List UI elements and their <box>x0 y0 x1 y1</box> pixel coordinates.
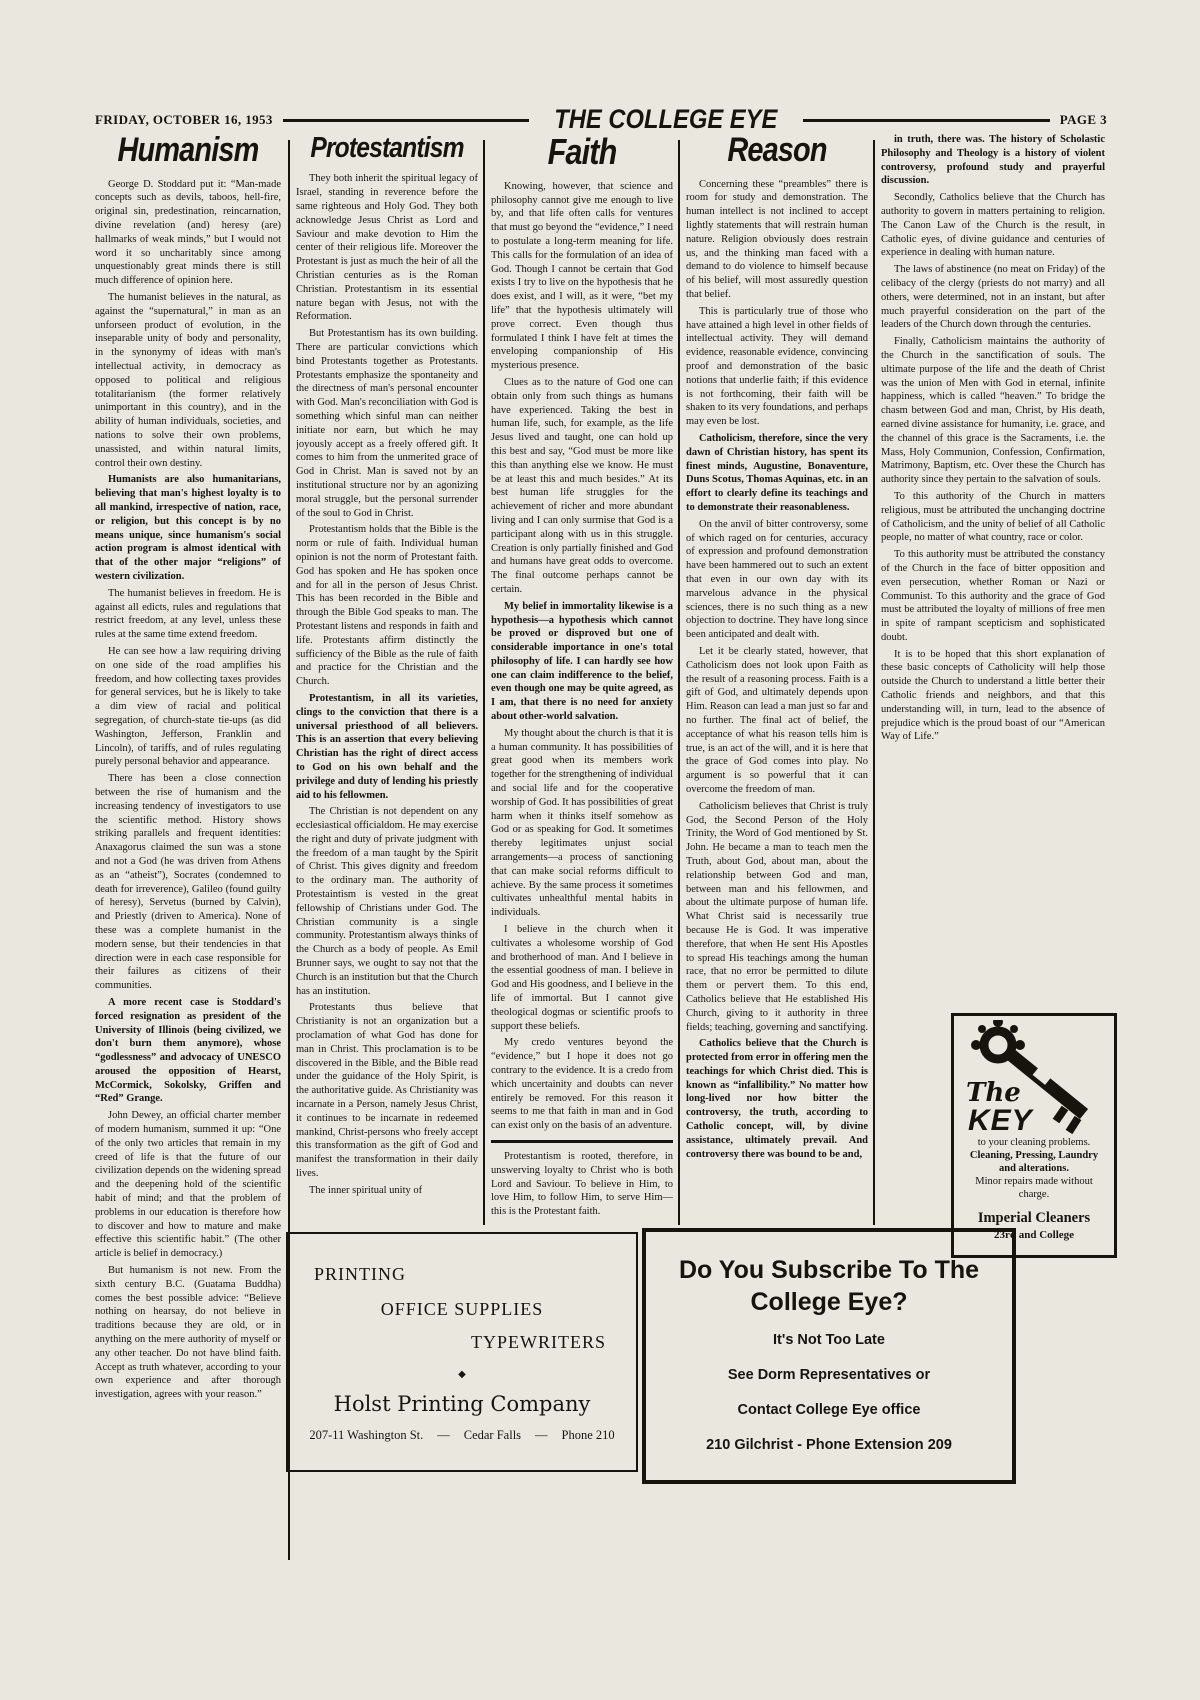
article-paragraph: Let it be clearly stated, however, that … <box>686 645 868 797</box>
holst-product-typewriters: TYPEWRITERS <box>288 1332 606 1353</box>
article-paragraph: My credo ventures beyond the “evidence,”… <box>491 1036 673 1133</box>
article-faith-body: Knowing, however, that science and philo… <box>491 180 673 1219</box>
article-continuation-body: in truth, there was. The history of Scho… <box>881 133 1105 744</box>
issue-date: FRIDAY, OCTOBER 16, 1953 <box>95 112 273 128</box>
column-rule-2 <box>483 140 485 1225</box>
article-protestantism: Protestantism They both inherit the spir… <box>296 133 478 1228</box>
holst-address-line: 207-11 Washington St.—Cedar Falls—Phone … <box>288 1428 636 1443</box>
headline-reason: Reason <box>700 133 855 169</box>
holst-separator-2: — <box>521 1428 562 1442</box>
article-paragraph: They both inherit the spiritual legacy o… <box>296 172 478 324</box>
article-paragraph: George D. Stoddard put it: “Man-made con… <box>95 178 281 288</box>
holst-product-printing: PRINTING <box>314 1264 636 1285</box>
article-paragraph: A more recent case is Stoddard's forced … <box>95 996 281 1106</box>
article-paragraph: To this authority of the Church in matte… <box>881 490 1105 545</box>
page-header: FRIDAY, OCTOBER 16, 1953 THE COLLEGE EYE… <box>95 104 1107 135</box>
article-paragraph: Finally, Catholicism maintains the autho… <box>881 335 1105 487</box>
imperial-ad-lines: to your cleaning problems.Cleaning, Pres… <box>954 1136 1114 1201</box>
article-paragraph: Clues as to the nature of God one can ob… <box>491 376 673 597</box>
article-paragraph: On the anvil of bitter controversy, some… <box>686 518 868 642</box>
headline-protestantism: Protestantism <box>310 133 465 163</box>
article-paragraph: Catholics believe that the Church is pro… <box>686 1037 868 1161</box>
article-paragraph: The inner spiritual unity of <box>296 1184 478 1198</box>
subscribe-lines: It's Not Too LateSee Dorm Representative… <box>646 1332 1012 1453</box>
article-protestantism-body: They both inherit the spiritual legacy o… <box>296 172 478 1197</box>
article-paragraph: Protestants thus believe that Christiani… <box>296 1001 478 1180</box>
article-paragraph: Concerning these “preambles” there is ro… <box>686 178 868 302</box>
article-paragraph: He can see how a law requiring driving o… <box>95 645 281 769</box>
article-paragraph: It's Not Too Late <box>646 1332 1012 1348</box>
diamond-ornament: ◆ <box>288 1369 636 1380</box>
article-paragraph: Cleaning, Pressing, Laundry <box>954 1149 1114 1162</box>
article-reason-body: Concerning these “preambles” there is ro… <box>686 178 868 1162</box>
article-paragraph: Minor repairs made without <box>954 1175 1114 1188</box>
article-reason: Reason Concerning these “preambles” ther… <box>686 133 868 1228</box>
ad-imperial-cleaners: The KEY to your cleaning problems.Cleani… <box>951 1013 1117 1258</box>
article-paragraph: charge. <box>954 1188 1114 1201</box>
holst-phone: Phone 210 <box>562 1428 615 1442</box>
key-art: The KEY <box>954 1016 1114 1136</box>
article-paragraph: It is to be hoped that this short explan… <box>881 648 1105 745</box>
key-word-text: KEY <box>968 1104 1033 1138</box>
article-paragraph: The humanist believes in freedom. He is … <box>95 587 281 642</box>
article-paragraph: My thought about the church is that it i… <box>491 727 673 920</box>
holst-product-office-supplies: OFFICE SUPPLIES <box>288 1299 636 1320</box>
article-paragraph: My belief in immortality likewise is a h… <box>491 600 673 724</box>
article-paragraph: The Christian is not dependent on any ec… <box>296 805 478 998</box>
article-paragraph: Catholicism, therefore, since the very d… <box>686 432 868 515</box>
ad-holst-printing: PRINTING OFFICE SUPPLIES TYPEWRITERS ◆ H… <box>286 1232 638 1472</box>
subscribe-title-line2: College Eye? <box>646 1286 1012 1318</box>
article-humanism: Humanism George D. Stoddard put it: “Man… <box>95 133 281 1588</box>
holst-separator-1: — <box>423 1428 464 1442</box>
article-paragraph: See Dorm Representatives or <box>646 1367 1012 1383</box>
article-paragraph: Knowing, however, that science and philo… <box>491 180 673 373</box>
header-rule-right <box>803 119 1050 122</box>
headline-humanism: Humanism <box>109 133 267 169</box>
column-rule-3 <box>678 140 680 1225</box>
article-paragraph: Protestantism, in all its varieties, cli… <box>296 692 478 802</box>
article-paragraph: The laws of abstinence (no meat on Frida… <box>881 263 1105 332</box>
newspaper-page: FRIDAY, OCTOBER 16, 1953 THE COLLEGE EYE… <box>0 0 1200 1700</box>
article-paragraph: To this authority must be attributed the… <box>881 548 1105 645</box>
article-paragraph: Secondly, Catholics believe that the Chu… <box>881 191 1105 260</box>
holst-company-name: Holst Printing Company <box>288 1392 636 1416</box>
article-faith: Faith Knowing, however, that science and… <box>491 133 673 1228</box>
column-rule-4 <box>873 140 875 1225</box>
article-paragraph: 210 Gilchrist - Phone Extension 209 <box>646 1437 1012 1453</box>
article-paragraph: Contact College Eye office <box>646 1402 1012 1418</box>
article-paragraph: I believe in the church when it cultivat… <box>491 923 673 1033</box>
article-paragraph: This is particularly true of those who h… <box>686 305 868 429</box>
masthead-title: THE COLLEGE EYE <box>555 104 778 135</box>
article-paragraph: Catholicism believes that Christ is trul… <box>686 800 868 1035</box>
article-humanism-body: George D. Stoddard put it: “Man-made con… <box>95 178 281 1402</box>
article-paragraph: But Protestantism has its own building. … <box>296 327 478 520</box>
ad-college-eye-subscription: Do You Subscribe To The College Eye? It'… <box>642 1228 1016 1484</box>
article-paragraph: Protestantism is rooted, therefore, in u… <box>491 1140 673 1219</box>
imperial-cleaners-name: Imperial Cleaners <box>954 1210 1114 1227</box>
subscribe-title: Do You Subscribe To The College Eye? <box>646 1254 1012 1318</box>
holst-city: Cedar Falls <box>464 1428 521 1442</box>
subscribe-title-line1: Do You Subscribe To The <box>646 1254 1012 1286</box>
article-paragraph: Protestantism holds that the Bible is th… <box>296 523 478 689</box>
headline-faith: Faith <box>505 133 660 171</box>
article-paragraph: in truth, there was. The history of Scho… <box>881 133 1105 188</box>
article-paragraph: But humanism is not new. From the sixth … <box>95 1264 281 1402</box>
article-paragraph: There has been a close connection betwee… <box>95 772 281 993</box>
page-number: PAGE 3 <box>1060 112 1107 128</box>
article-continuation: in truth, there was. The history of Scho… <box>881 133 1105 1009</box>
article-paragraph: and alterations. <box>954 1162 1114 1175</box>
article-paragraph: The humanist believes in the natural, as… <box>95 291 281 470</box>
article-paragraph: John Dewey, an official charter member o… <box>95 1109 281 1261</box>
article-paragraph: Humanists are also humanitarians, believ… <box>95 473 281 583</box>
header-rule-left <box>283 119 530 122</box>
holst-street: 207-11 Washington St. <box>309 1428 423 1442</box>
